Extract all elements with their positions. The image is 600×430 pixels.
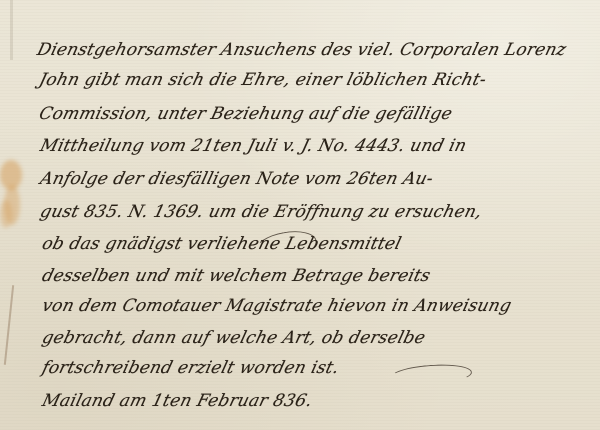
letter-line-9: von dem Comotauer Magistrate hievon in A… [40,296,514,316]
letter-line-12: Mailand am 1ten Februar 836. [40,391,315,411]
letter-line-8: desselben und mit welchem Betrage bereit… [40,266,433,286]
letter-line-5: Anfolge der diesfälligen Note vom 26ten … [38,169,435,189]
letter-line-11: fortschreibend erzielt worden ist. [40,358,341,378]
paper-edge-mark [10,0,13,60]
letter-line-6: gust 835. N. 1369. um die Eröffnung zu e… [38,202,484,222]
letter-line-1: Dienstgehorsamster Ansuchens des viel. C… [35,40,568,60]
letter-line-4: Mittheilung vom 21ten Juli v. J. No. 444… [38,136,469,156]
letter-line-7: ob das gnädigst verliehene Lebensmittel [40,234,403,254]
letter-line-3: Commission, unter Beziehung auf die gefä… [37,104,454,124]
letter-line-2: John gibt man sich die Ehre, einer löbli… [37,70,488,90]
letter-line-10: gebracht, dann auf welche Art, ob dersel… [40,328,427,348]
water-stain [0,200,12,228]
